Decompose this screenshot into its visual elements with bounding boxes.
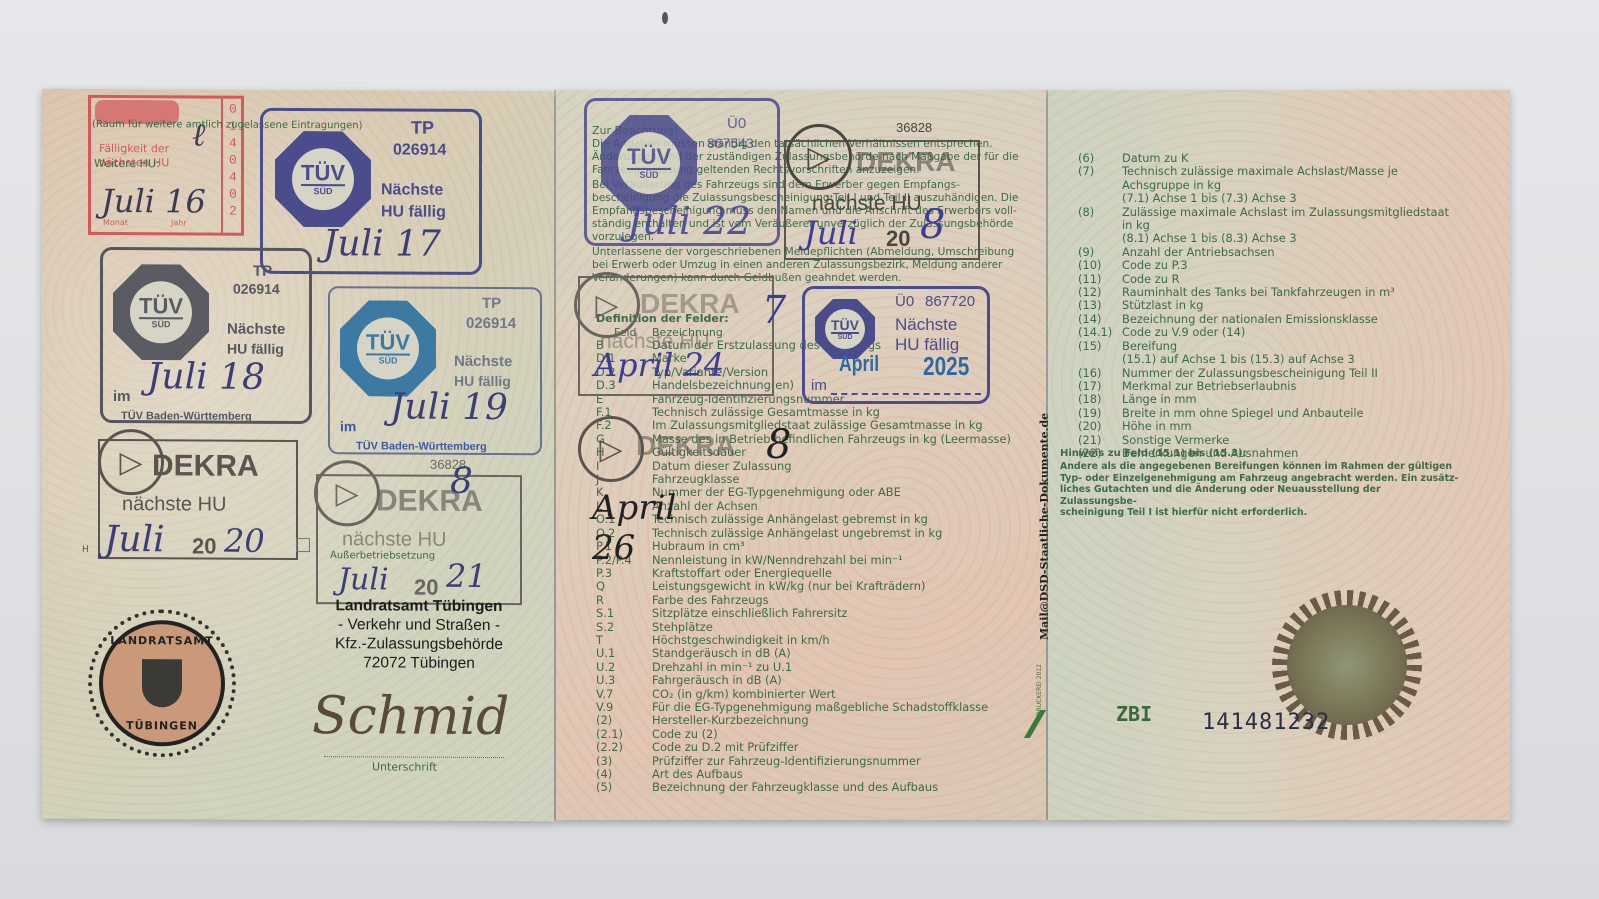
- signature: Schmid: [312, 686, 509, 747]
- field-row: S.2Stehplätze: [596, 621, 1011, 634]
- red-stamp-month-label: Monat: [103, 218, 128, 227]
- coat-of-arms-icon: [142, 659, 182, 707]
- field-row: THöchstgeschwindigkeit in km/h: [596, 634, 1011, 647]
- dekra-logo-icon: ▷: [574, 272, 640, 338]
- dekra-stamp-mid: ▷ DEKRA nächste HU April 24 7: [578, 276, 774, 396]
- dekra-stamp-top: ▷ 36828 DEKRA nächste HU Juli 20 8: [784, 140, 980, 260]
- field-description: Art des Aufbaus: [652, 768, 743, 781]
- field-row: (15)Bereifung: [1078, 340, 1449, 353]
- stamp-code: Ü0: [895, 293, 914, 310]
- stamp-footer: TÜV Baden-Württemberg: [121, 410, 252, 423]
- tp-label: TP: [411, 118, 434, 139]
- authority-line1: Landratsamt Tübingen: [304, 596, 534, 616]
- year-prefix: 20: [886, 226, 910, 252]
- field-row: Achsgruppe in kg: [1078, 179, 1449, 192]
- handwritten-mark: ℓ: [192, 115, 205, 153]
- field-code: R: [596, 594, 652, 607]
- field-code: P.3: [596, 567, 652, 580]
- weitere-hu-label: Weitere HU:: [94, 157, 160, 170]
- dekra-label: DEKRA: [856, 146, 956, 178]
- field-row: V.9Für die EG-Typgenehmigung maßgebliche…: [596, 701, 1011, 714]
- tuv-logo-icon: TÜV SÜD: [601, 115, 697, 211]
- red-stamp-handwriting: Juli 16: [101, 182, 206, 221]
- left-page: 0140402 Fälligkeit der nächsten HU Juli …: [42, 89, 554, 822]
- field-row: (6)Datum zu K: [1078, 152, 1449, 165]
- field-code: [1078, 353, 1122, 366]
- field-row: (14.1)Code zu V.9 oder (14): [1078, 326, 1449, 339]
- im-label: im: [811, 377, 827, 394]
- stamp-footer: TÜV Baden-Württemberg: [356, 440, 487, 453]
- field-row: P.3Kraftstoffart oder Energiequelle: [596, 567, 1011, 580]
- handwritten-date: April 24: [594, 346, 724, 384]
- dekra-logo-icon: ▷: [314, 460, 380, 526]
- field-code: (14.1): [1078, 326, 1122, 339]
- field-code: (2): [596, 714, 652, 727]
- field-code: (15): [1078, 340, 1122, 353]
- field-code: (18): [1078, 393, 1122, 406]
- handwritten-date: Juli 18: [147, 356, 265, 398]
- field-row: V.7CO₂ (in g/km) kombinierter Wert: [596, 688, 1011, 701]
- handwritten-date: Juli 17: [323, 223, 441, 265]
- middle-page: Zur Beachtung! Die Angaben müssen ständi…: [556, 90, 1046, 820]
- field-code: [1078, 192, 1122, 205]
- tuv-stamp-top: TÜV SÜD Ü0 867543 Juli 22: [584, 98, 780, 246]
- handwritten-month: Juli: [104, 519, 165, 560]
- field-row: (2.2)Code zu D.2 mit Prüfziffer: [596, 741, 1011, 754]
- tp-number: 026914: [393, 141, 446, 159]
- field-code: [1078, 179, 1122, 192]
- hinweis-line: liches Gutachten und die Änderung oder N…: [1060, 484, 1460, 507]
- field-description: Technisch zulässige maximale Achslast/Ma…: [1122, 165, 1398, 178]
- hinweis-text: Andere als die angegebenen Bereifungen k…: [1060, 461, 1460, 519]
- right-page: (6)Datum zu K(7)Technisch zulässige maxi…: [1048, 90, 1510, 820]
- field-description: Zulässige maximale Achslast im Zulassung…: [1122, 206, 1449, 219]
- stamp-number: 867720: [925, 293, 975, 310]
- beachtung-line: bei Erwerb oder Umzug in einen anderen Z…: [592, 259, 1032, 272]
- field-description: Bereifung: [1122, 340, 1177, 353]
- field-description: Nummer der Zulassungsbescheinigung Teil …: [1122, 367, 1378, 380]
- field-description: Farbe des Fahrzeugs: [652, 594, 769, 607]
- handwritten-mark: 8: [766, 422, 791, 468]
- im-label: im: [113, 388, 131, 405]
- tuv-stamp-2: TÜV SÜD TP 026914 Nächste HU fällig im J…: [100, 247, 312, 424]
- field-code: S.2: [596, 621, 652, 634]
- field-description: Code zu D.2 mit Prüfziffer: [652, 741, 798, 754]
- field-description: Leistungsgewicht in kW/kg (nur bei Kraft…: [652, 580, 925, 593]
- red-stamp-number: 0140402: [229, 101, 243, 220]
- field-description: Kraftstoffart oder Energiequelle: [652, 567, 832, 580]
- field-row: (12)Rauminhalt des Tanks bei Tankfahrzeu…: [1078, 286, 1449, 299]
- field-row: (4)Art des Aufbaus: [596, 768, 1011, 781]
- field-code: (4): [596, 768, 652, 781]
- field-row: (7.1) Achse 1 bis (7.3) Achse 3: [1078, 192, 1449, 205]
- dekra-stamp-1: ▷ DEKRA nächste HU Juli 20 20: [98, 439, 298, 560]
- printer-mark: DRUCKEREI 2012: [1036, 664, 1043, 716]
- field-description: Code zu (2): [652, 728, 718, 741]
- field-code: (14): [1078, 313, 1122, 326]
- tuv-logo-icon: TÜV SÜD: [113, 264, 209, 361]
- field-description: (7.1) Achse 1 bis (7.3) Achse 3: [1122, 192, 1297, 205]
- field-description: Merkmal zur Betriebserlaubnis: [1122, 380, 1296, 393]
- seal-text-top: LANDRATSAMT: [103, 634, 221, 648]
- tp-label: TP: [482, 295, 501, 312]
- field-code: (17): [1078, 380, 1122, 393]
- field-code: (21): [1078, 434, 1122, 447]
- field-description: Standgeräusch in dB (A): [652, 647, 791, 660]
- field-row: (3)Prüfziffer zur Fahrzeug-Identifizieru…: [596, 755, 1011, 768]
- printer-logo-icon: [1024, 710, 1046, 738]
- dekra-stamp-low: ▷ DEKRA April 26 8: [580, 416, 720, 526]
- stamped-year: 2025: [923, 351, 969, 382]
- ausserbetriebsetzung-label: Außerbetriebsetzung: [330, 550, 435, 562]
- field-description: in kg: [1122, 219, 1150, 232]
- seal-text-bottom: TÜBINGEN: [103, 719, 221, 733]
- dekra-logo-icon: ▷: [578, 416, 644, 482]
- field-description: Für die EG-Typgenehmigung maßgebliche Sc…: [652, 701, 988, 714]
- tp-number: 026914: [233, 281, 280, 297]
- red-stamp-year-label: Jahr: [171, 218, 187, 227]
- stamp-number: 867543: [707, 135, 754, 151]
- registration-document: 0140402 Fälligkeit der nächsten HU Juli …: [42, 90, 1512, 820]
- field-description: Prüfziffer zur Fahrzeug-Identifizierungs…: [652, 755, 921, 768]
- field-description: Höhe in mm: [1122, 420, 1192, 433]
- series-label: ZBI: [1116, 702, 1152, 726]
- field-row: in kg: [1078, 219, 1449, 232]
- tuv-logo-icon: TÜV SÜD: [275, 131, 371, 228]
- naechste-hu-label: nächste HU: [342, 528, 447, 552]
- field-row: (19)Breite in mm ohne Spiegel und Anbaut…: [1078, 407, 1449, 420]
- field-row: U.3Fahrgeräusch in dB (A): [596, 674, 1011, 687]
- field-description: Code zu P.3: [1122, 259, 1188, 272]
- checkbox-box: [296, 538, 310, 552]
- naechste-label: Nächste: [454, 353, 512, 370]
- field-code: (13): [1078, 299, 1122, 312]
- field-code: (8): [1078, 206, 1122, 219]
- field-row: (16)Nummer der Zulassungsbescheinigung T…: [1078, 367, 1449, 380]
- field-description: Bezeichnung der Fahrzeugklasse und des A…: [652, 781, 938, 794]
- field-row: (2.1)Code zu (2): [596, 728, 1011, 741]
- field-description: Hersteller-Kurzbezeichnung: [652, 714, 809, 727]
- field-row: U.2Drehzahl in min⁻¹ zu U.1: [596, 661, 1011, 674]
- naechste-label: Nächste: [895, 315, 957, 335]
- field-row: (9)Anzahl der Antriebsachsen: [1078, 246, 1449, 259]
- field-code: (20): [1078, 420, 1122, 433]
- h-label: H: [82, 545, 89, 555]
- field-description: Fahrgeräusch in dB (A): [652, 674, 782, 687]
- hinweis-line: scheinigung Teil I ist hierfür nicht erf…: [1060, 507, 1460, 519]
- field-code: V.7: [596, 688, 652, 701]
- authority-line2: - Verkehr und Straßen -: [304, 615, 534, 635]
- field-description: Höchstgeschwindigkeit in km/h: [652, 634, 830, 647]
- field-description: Code zu R: [1122, 273, 1180, 286]
- field-description: Datum zu K: [1122, 152, 1188, 165]
- field-code: (10): [1078, 259, 1122, 272]
- tp-number: 026914: [466, 315, 516, 332]
- field-code: (7): [1078, 165, 1122, 178]
- field-row: (21)Sonstige Vermerke: [1078, 434, 1449, 447]
- handwritten-date: Juli 19: [390, 386, 508, 428]
- field-row: (20)Höhe in mm: [1078, 420, 1449, 433]
- field-description: Drehzahl in min⁻¹ zu U.1: [652, 661, 792, 674]
- hu-faellig-label: HU fällig: [227, 341, 284, 357]
- naechste-hu-label: nächste HU: [122, 493, 227, 517]
- year-prefix: 20: [192, 533, 216, 559]
- field-code: [1078, 232, 1122, 245]
- field-code: Q: [596, 580, 652, 593]
- field-code: (6): [1078, 152, 1122, 165]
- field-code: T: [596, 634, 652, 647]
- field-code: (9): [1078, 246, 1122, 259]
- authority-line3: Kfz.-Zulassungsbehörde: [304, 634, 534, 654]
- field-row: RFarbe des Fahrzeugs: [596, 594, 1011, 607]
- field-description: CO₂ (in g/km) kombinierter Wert: [652, 688, 836, 701]
- stamp-code: Ü0: [727, 115, 746, 132]
- handwritten-date: April 26: [592, 488, 720, 568]
- field-row: (5)Bezeichnung der Fahrzeugklasse und de…: [596, 781, 1011, 794]
- field-description: Sonstige Vermerke: [1122, 434, 1229, 447]
- tp-label: TP: [253, 263, 272, 280]
- authority-block: Landratsamt Tübingen - Verkehr und Straß…: [304, 596, 534, 673]
- tuv-logo-icon: TÜV SÜD: [815, 299, 875, 359]
- field-description: Stützlast in kg: [1122, 299, 1203, 312]
- tuv-stamp-3: TÜV SÜD TP 026914 Nächste HU fällig im J…: [328, 286, 542, 455]
- field-code: (2.1): [596, 728, 652, 741]
- field-description: Länge in mm: [1122, 393, 1197, 406]
- field-code: U.2: [596, 661, 652, 674]
- hinweis-line: Andere als die angegebenen Bereifungen k…: [1060, 461, 1460, 473]
- tuv-stamp-right: TÜV SÜD Ü0 867720 Nächste HU fällig im A…: [802, 286, 990, 404]
- stamped-month: April: [839, 351, 879, 377]
- field-description: Stehplätze: [652, 621, 713, 634]
- field-row: U.1Standgeräusch in dB (A): [596, 647, 1011, 660]
- handwritten-year: 21: [446, 557, 487, 595]
- field-row: (18)Länge in mm: [1078, 393, 1449, 406]
- handwritten-mark: 7: [762, 288, 786, 332]
- field-row: QLeistungsgewicht in kW/kg (nur bei Kraf…: [596, 580, 1011, 593]
- field-row: (2)Hersteller-Kurzbezeichnung: [596, 714, 1011, 727]
- field-row: (11)Code zu R: [1078, 273, 1449, 286]
- handwritten-mark: 8: [450, 461, 473, 502]
- handwritten-date: Juli 22: [627, 199, 751, 243]
- field-row: (14)Bezeichnung der nationalen Emissions…: [1078, 313, 1449, 326]
- field-code: (16): [1078, 367, 1122, 380]
- field-description: (8.1) Achse 1 bis (8.3) Achse 3: [1122, 232, 1297, 245]
- signature-label: Unterschrift: [372, 760, 437, 773]
- field-row: (15.1) auf Achse 1 bis (15.3) auf Achse …: [1078, 353, 1449, 366]
- field-code: S.1: [596, 607, 652, 620]
- hu-faellig-label: HU fällig: [381, 203, 446, 221]
- dekra-stamp-2: ▷ 36828 DEKRA nächste HU Außerbetriebset…: [316, 474, 522, 605]
- dekra-logo-icon: ▷: [786, 124, 852, 190]
- naechste-label: Nächste: [381, 181, 443, 199]
- handwritten-month: Juli: [804, 214, 858, 252]
- naechste-hu-label: nächste HU: [812, 192, 922, 216]
- dekra-label: DEKRA: [640, 288, 740, 320]
- field-row: (8.1) Achse 1 bis (8.3) Achse 3: [1078, 232, 1449, 245]
- field-description: Sitzplätze einschließlich Fahrersitz: [652, 607, 847, 620]
- authority-line4: 72072 Tübingen: [304, 653, 534, 673]
- official-seal: LANDRATSAMT TÜBINGEN: [88, 609, 236, 758]
- dekra-number: 36828: [896, 120, 932, 135]
- field-row: (17)Merkmal zur Betriebserlaubnis: [1078, 380, 1449, 393]
- field-description: Bezeichnung der nationalen Emissionsklas…: [1122, 313, 1378, 326]
- field-description: Achsgruppe in kg: [1122, 179, 1221, 192]
- handwritten-year: 20: [224, 522, 265, 560]
- field-definition-list: (6)Datum zu K(7)Technisch zulässige maxi…: [1078, 152, 1449, 460]
- field-description: (15.1) auf Achse 1 bis (15.3) auf Achse …: [1122, 353, 1355, 366]
- handwritten-month: Juli: [338, 562, 389, 597]
- signature-line: [324, 756, 504, 758]
- field-code: V.9: [596, 701, 652, 714]
- field-code: U.3: [596, 674, 652, 687]
- im-label: im: [340, 418, 356, 434]
- field-code: U.1: [596, 647, 652, 660]
- field-code: (2.2): [596, 741, 652, 754]
- field-code: [1078, 219, 1122, 232]
- serial-number: 141481232: [1202, 710, 1330, 735]
- dekra-label: DEKRA: [152, 449, 259, 484]
- field-code: (11): [1078, 273, 1122, 286]
- naechste-label: Nächste: [227, 321, 285, 338]
- field-description: Anzahl der Antriebsachsen: [1122, 246, 1275, 259]
- field-description: Breite in mm ohne Spiegel und Anbauteile: [1122, 407, 1364, 420]
- field-code: (3): [596, 755, 652, 768]
- field-code: (19): [1078, 407, 1122, 420]
- handwritten-year: 8: [920, 202, 945, 248]
- field-row: (8)Zulässige maximale Achslast im Zulass…: [1078, 206, 1449, 219]
- field-code: (5): [596, 781, 652, 794]
- dekra-label: DEKRA: [636, 430, 736, 462]
- hinweis-line: Typ- oder Einzelgenehmigung am Fahrzeug …: [1060, 473, 1460, 485]
- field-row: S.1Sitzplätze einschließlich Fahrersitz: [596, 607, 1011, 620]
- tuv-logo-icon: TÜV SÜD: [340, 300, 436, 397]
- field-row: (10)Code zu P.3: [1078, 259, 1449, 272]
- field-description: Rauminhalt des Tanks bei Tankfahrzeugen …: [1122, 286, 1395, 299]
- field-row: (7)Technisch zulässige maximale Achslast…: [1078, 165, 1449, 178]
- field-row: (13)Stützlast in kg: [1078, 299, 1449, 312]
- field-description: Code zu V.9 oder (14): [1122, 326, 1245, 339]
- hinweis-title: Hinweis zu Feld (15.1) bis (15.3):: [1060, 448, 1247, 459]
- field-code: (12): [1078, 286, 1122, 299]
- dust-speck: [662, 12, 668, 24]
